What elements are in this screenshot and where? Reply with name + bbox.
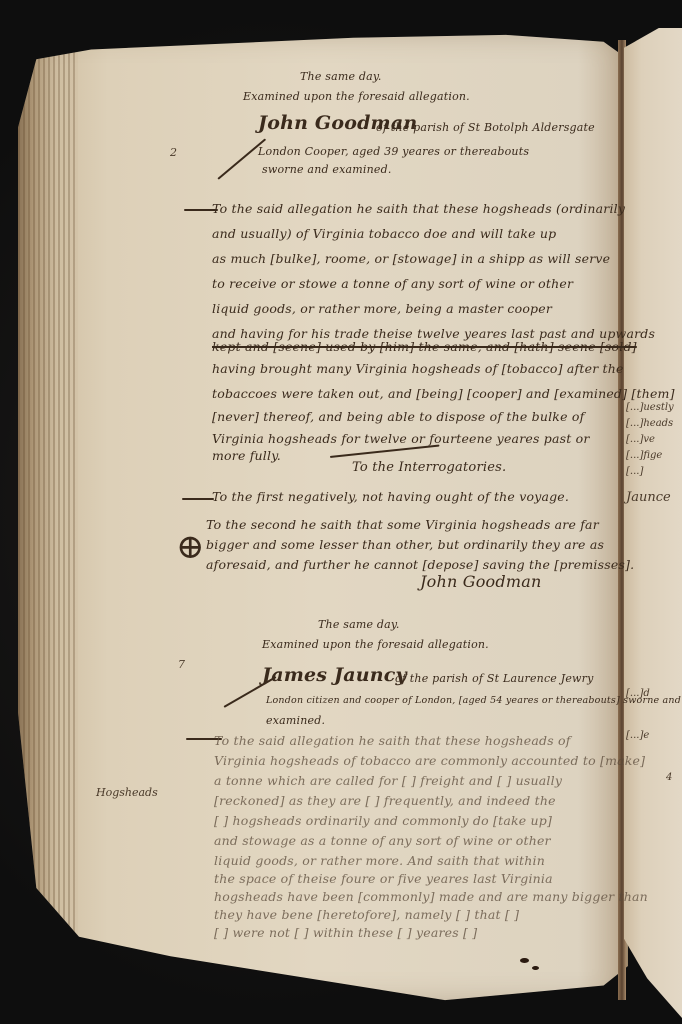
deponent-parish-2: of the parish of St Laurence Jewry <box>395 672 594 685</box>
deponent-name-2: James Jauncy <box>262 664 407 686</box>
heading-same-day-1: The same day. <box>300 70 382 83</box>
article-line: tobaccoes were taken out, and [being] [c… <box>212 381 675 406</box>
right-page-note: [...]fige <box>626 450 662 461</box>
margin-number-2: 2 <box>170 146 177 159</box>
preamble-1: Examined upon the foresaid allegation. <box>243 90 470 103</box>
interrogatories-heading: To the Interrogatories. <box>352 460 506 475</box>
right-page-note: Jaunce <box>626 490 671 505</box>
article-line: [ ] were not [ ] within these [ ] yeares… <box>214 920 477 945</box>
heading-same-day-2: The same day. <box>318 618 400 631</box>
deponent-occupation-1: London Cooper, aged 39 yeares or thereab… <box>258 145 529 158</box>
right-page-note: [...]e <box>626 730 649 741</box>
margin-number-7: 7 <box>178 658 185 671</box>
article-line: more fully. <box>212 443 281 468</box>
deponent-mark: ⊕ <box>176 530 205 564</box>
deponent-parish-1: of the parish of St Botolph Aldersgate <box>376 121 595 134</box>
article-line: as much [bulke], roome, or [stowage] in … <box>212 246 610 271</box>
manuscript-right-page <box>624 28 682 1018</box>
article-line: liquid goods, or rather more, being a ma… <box>212 296 552 321</box>
right-page-note: [...]ve <box>626 434 655 445</box>
deponent-occupation-2: London citizen and cooper of London, [ag… <box>266 695 681 706</box>
right-page-note: [...]uestly <box>626 402 674 413</box>
ink-blot <box>520 958 529 963</box>
margin-note-hogsheads: Hogsheads <box>96 786 158 799</box>
interrogatory-first: To the first negatively, not having ough… <box>212 484 569 509</box>
paragraph-flourish <box>182 498 214 500</box>
signature-john-goodman: John Goodman <box>420 572 541 591</box>
ink-blot <box>532 966 539 970</box>
article-line: having brought many Virginia hogsheads o… <box>212 356 624 381</box>
right-page-note: 4 <box>666 772 672 783</box>
right-page-note: [...] <box>626 466 643 477</box>
right-page-note: [...]d <box>626 688 650 699</box>
article-line: to receive or stowe a tonne of any sort … <box>212 271 573 296</box>
preamble-2: Examined upon the foresaid allegation. <box>262 638 489 651</box>
deponent-sworn-1: sworne and examined. <box>262 163 392 176</box>
article-line: and usually) of Virginia tobacco doe and… <box>212 221 556 246</box>
deponent-sworn-2: examined. <box>266 714 325 727</box>
article-line: To the said allegation he saith that the… <box>212 196 625 221</box>
right-page-note: [...]heads <box>626 418 673 429</box>
